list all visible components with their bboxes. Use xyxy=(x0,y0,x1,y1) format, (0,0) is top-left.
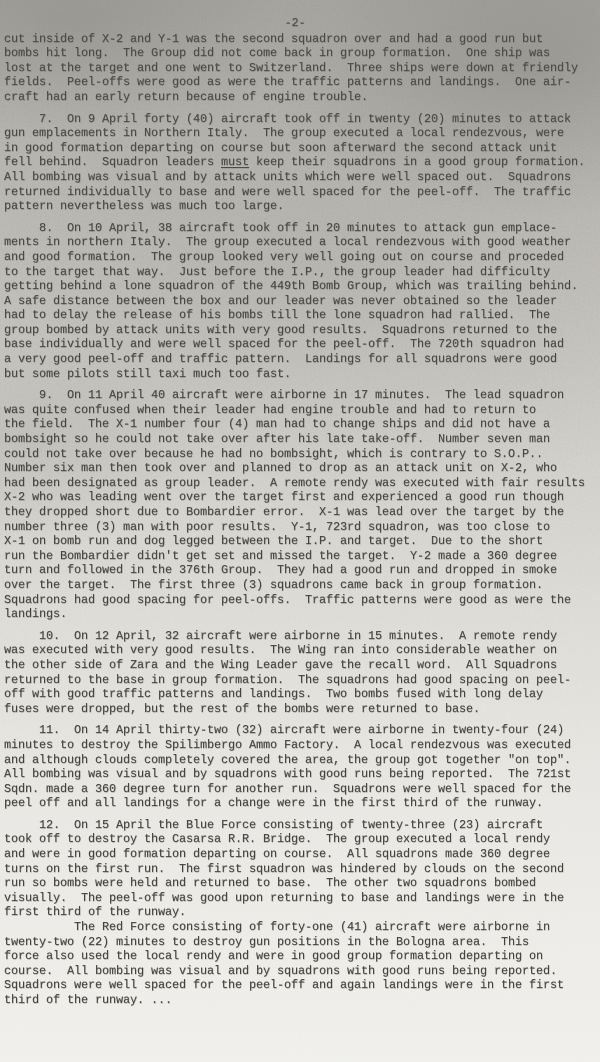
page-number: -2- xyxy=(4,16,586,31)
para-10: 10. On 12 April, 32 aircraft were airbor… xyxy=(4,629,598,717)
para-11: 11. On 14 April thirty-two (32) aircraft… xyxy=(4,723,598,811)
document-body: cut inside of X-2 and Y-1 was the second… xyxy=(4,32,598,1008)
para-7: 7. On 9 April forty (40) aircraft took o… xyxy=(4,112,598,214)
para-12: 12. On 15 April the Blue Force consistin… xyxy=(4,818,598,1008)
para-8: 8. On 10 April, 38 aircraft took off in … xyxy=(4,221,598,382)
para-continuation: cut inside of X-2 and Y-1 was the second… xyxy=(4,32,598,105)
para-9: 9. On 11 April 40 aircraft were airborne… xyxy=(4,388,598,622)
scanned-page: -2- cut inside of X-2 and Y-1 was the se… xyxy=(0,0,600,1062)
